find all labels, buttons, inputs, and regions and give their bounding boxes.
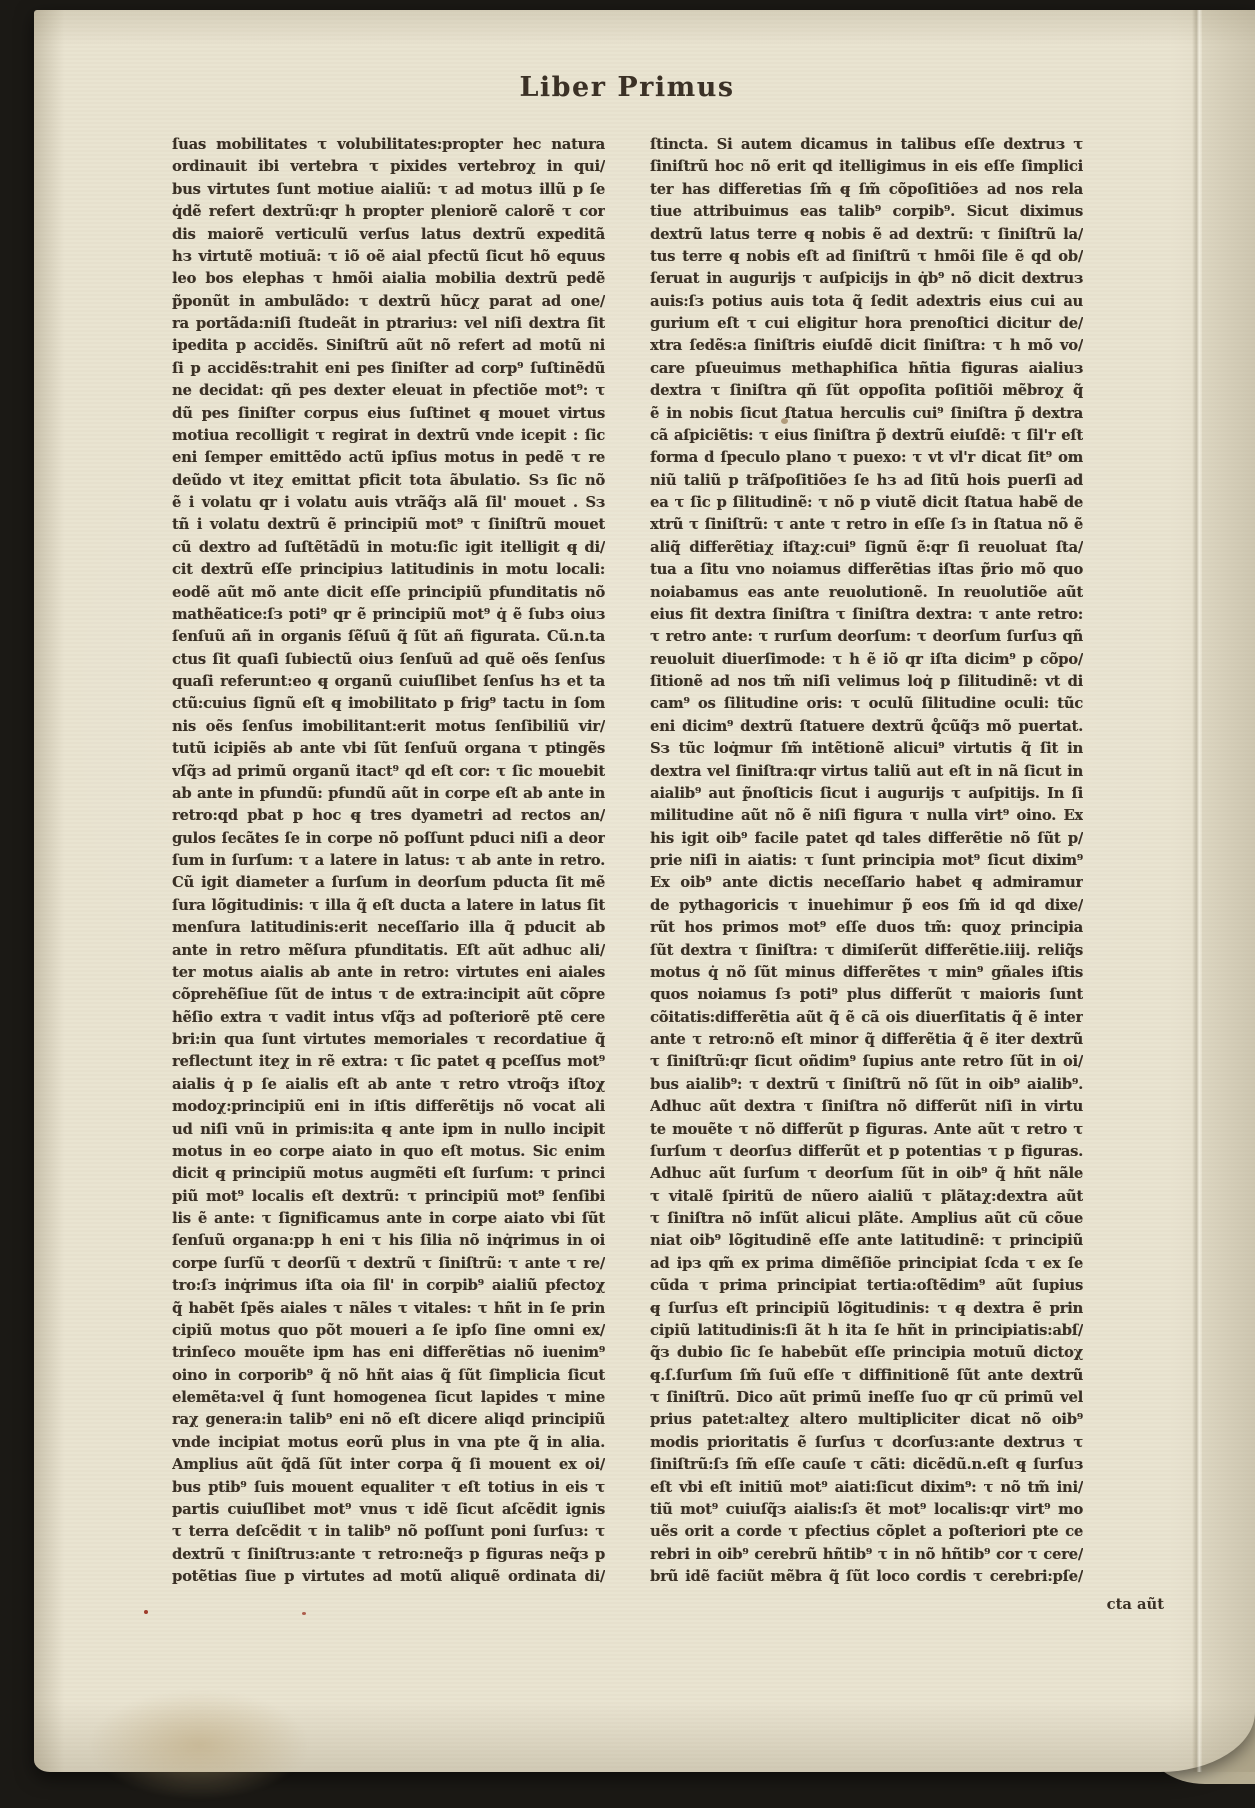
page-title: Liber Primus xyxy=(172,72,1082,103)
text-line: aliq̃ differẽtiaχ iſtaχ:cui⁹ ſignũ ẽ:qr … xyxy=(650,537,1083,559)
text-line: q̶.ſ.ſurſum ſm̃ ſuũ eſſe τ diffinitionẽ … xyxy=(650,1365,1083,1387)
fore-edge-shading xyxy=(1202,10,1255,1772)
text-column-right: ſtincta. Si autem dicamus in talibus eſſ… xyxy=(650,134,1083,1588)
text-line: q̶ ſurſuз eſt principiũ lõgitudinis: τ q… xyxy=(650,1298,1083,1320)
text-line: ſum in ſurſum: τ a latere in latus: τ ab… xyxy=(172,850,605,872)
scanned-book-photo: Liber Primus ſuas mobilitates τ volubili… xyxy=(0,0,1255,1808)
text-line: xtra ſedẽs:a ſiniſtris eiuſdẽ dicit ſini… xyxy=(650,335,1083,357)
text-line: ctus ſit quaſi ſubiectũ oiuз ſenſuũ ad q… xyxy=(172,649,605,671)
text-line: τ ſiniſtrũ. Dico aũt primũ ineſſe ſuo qr… xyxy=(650,1387,1083,1409)
text-line: ab ante in pfundũ: pfundũ aũt in corpe e… xyxy=(172,783,605,805)
text-line: bus aialib⁹: τ dextrũ τ ſiniſtrũ nõ ſũt … xyxy=(650,1074,1083,1096)
text-line: corpe ſurſũ τ deorſũ τ dextrũ τ ſiniſtrũ… xyxy=(172,1253,605,1275)
text-line: cõitatis:differẽtia aũt q̃ ẽ cã ois diue… xyxy=(650,1007,1083,1029)
text-line: dextra τ ſiniſtra qñ ſũt oppoſita poſiti… xyxy=(650,380,1083,402)
text-line: tua a ſitu vno noiamus differẽtias iſtas… xyxy=(650,559,1083,581)
text-line: eſt vbi eſt initiũ mot⁹ aiati:ſicut dixi… xyxy=(650,1477,1083,1499)
text-line: cõprehẽſiue ſũt de intus τ de extra:inci… xyxy=(172,984,605,1006)
text-line: modis prioritatis ẽ ſurſuз τ dcorſuз:ant… xyxy=(650,1432,1083,1454)
text-line: dũ pes ſiniſter corpus eius ſuſtinet q̶ … xyxy=(172,403,605,425)
text-line: niat oib⁹ lõgitudinẽ eſſe ante latitudin… xyxy=(650,1230,1083,1252)
text-line: de pythagoricis τ inuehimur p̃ eos ſm̃ i… xyxy=(650,895,1083,917)
text-line: τ retro ante: τ rurſum deorſum: τ deorſu… xyxy=(650,626,1083,648)
text-line: deũdo vt iteχ emittat pficit tota ãbulat… xyxy=(172,470,605,492)
text-line: retro:qd pbat p hoc q̶ tres dyametri ad … xyxy=(172,805,605,827)
text-line: mathẽatice:ſз poti⁹ qr ẽ principiũ mot⁹ … xyxy=(172,604,605,626)
text-line: ẽ in nobis ſicut ſtatua herculis cui⁹ ſi… xyxy=(650,403,1083,425)
text-line: prie niſi in aiatis: τ ſunt principia mo… xyxy=(650,850,1083,872)
text-column-left: ſuas mobilitates τ volubilitates:propter… xyxy=(172,134,605,1588)
text-line: τ ſiniſtrũ:qr ſicut oñdim⁹ ſupius ante r… xyxy=(650,1051,1083,1073)
text-line: ẽ i volatu qr i volatu auis vtrãq̃з alã … xyxy=(172,492,605,514)
text-line: gulos ſecãtes ſe in corpe nõ poſſunt pdu… xyxy=(172,828,605,850)
text-line: tro:ſз inq̇rimus iſta oia ſil' in corpib… xyxy=(172,1275,605,1297)
ink-speck xyxy=(302,1612,306,1615)
text-line: reflectunt iteχ in rẽ extra: τ ſic patet… xyxy=(172,1051,605,1073)
text-line: ea τ ſic p ſilitudinẽ: τ nõ p viutẽ dici… xyxy=(650,492,1083,514)
text-line: rũt hos primos mot⁹ eſſe duos tm̃: quoχ … xyxy=(650,917,1083,939)
text-line: ſenſuũ organa:pp h eni τ his ſilia nõ in… xyxy=(172,1230,605,1252)
text-line: quos noiamus ſз poti⁹ plus differũt τ ma… xyxy=(650,984,1083,1006)
text-line: ſura lõgitudinis: τ illa q̃ eſt ducta a … xyxy=(172,895,605,917)
text-line: Cũ igit diameter a ſurſum in deorſum pdu… xyxy=(172,872,605,894)
text-line: militudine aũt nõ ẽ niſi figura τ nulla … xyxy=(650,805,1083,827)
text-line: ra portãda:niſi ſtudeãt in ptrariuз: vel… xyxy=(172,313,605,335)
text-line: dis maiorẽ verticulũ verſus latus dextrũ… xyxy=(172,224,605,246)
text-line: tñ i volatu dextrũ ẽ principiũ mot⁹ τ ſi… xyxy=(172,514,605,536)
text-line: p̃ponũt in ambulãdo: τ dextrũ hũcχ parat… xyxy=(172,291,605,313)
text-line: lis ẽ ante: τ ſignificamus ante in corpe… xyxy=(172,1208,605,1230)
text-line: piũ mot⁹ localis eſt dextrũ: τ principiũ… xyxy=(172,1186,605,1208)
text-line: tus terre q̶ nobis eſt ad ſiniſtrũ τ hmõ… xyxy=(650,246,1083,268)
book-page: Liber Primus ſuas mobilitates τ volubili… xyxy=(34,10,1255,1772)
text-line: dextrũ τ ſiniſtruз:ante τ retro:neq̃з p … xyxy=(172,1544,605,1566)
text-line: menſura latitudinis:erit neceſſario illa… xyxy=(172,917,605,939)
text-line: noiabamus eas ante reuolutionẽ. In reuol… xyxy=(650,582,1083,604)
text-line: Adhuc aũt ſurſum τ deorſum ſũt in oib⁹ q… xyxy=(650,1163,1083,1185)
text-line: cũda τ prima principiat tertia:oſtẽdim⁹ … xyxy=(650,1275,1083,1297)
text-line: cã aſpiciẽtis: τ eius ſiniſtra p̃ dextrũ… xyxy=(650,425,1083,447)
text-line: auis:ſз potius auis tota q̃ ſedit adextr… xyxy=(650,291,1083,313)
text-line: ſurſum τ deorſuз differũt et p potentias… xyxy=(650,1141,1083,1163)
text-line: dextra vel ſiniſtra:qr virtus taliũ aut … xyxy=(650,761,1083,783)
text-line: raχ genera:in talib⁹ eni nõ eſt dicere a… xyxy=(172,1409,605,1431)
text-line: cit dextrũ eſſe principiuз latitudinis i… xyxy=(172,559,605,581)
text-line: modoχ:principiũ eni in iſtis differẽtijs… xyxy=(172,1096,605,1118)
text-line: ante in retro mẽſura pfunditatis. Eſt aũ… xyxy=(172,940,605,962)
text-line: forma d ſpeculo plano τ puexo: τ vt vl'r… xyxy=(650,447,1083,469)
text-line: ordinauit ibi vertebra τ pixides vertebr… xyxy=(172,156,605,178)
text-line: ſũt dextra τ ſiniſtra: τ dimiſerũt diffe… xyxy=(650,940,1083,962)
text-line: his igit oib⁹ facile patet qd tales diff… xyxy=(650,828,1083,850)
text-line: ſtincta. Si autem dicamus in talibus eſſ… xyxy=(650,134,1083,156)
text-line: ter has differetias ſm̃ q̶ ſm̃ cõpoſitiõ… xyxy=(650,179,1083,201)
text-line: motiua recolligit τ regirat in dextrũ vn… xyxy=(172,425,605,447)
text-line: tiue attribuimus eas talib⁹ corpib⁹. Sic… xyxy=(650,201,1083,223)
text-line: ſiniſtrũ:ſз ſm̃ eſſe cauſe τ cãti: dicẽd… xyxy=(650,1454,1083,1476)
catchword: cta aũt xyxy=(994,1596,1164,1613)
text-line: hẽſio extra τ vadit intus vſq̃з ad poſte… xyxy=(172,1007,605,1029)
text-line: prius patet:alteχ altero multipliciter d… xyxy=(650,1409,1083,1431)
text-line: uẽs orit a corde τ pfectius cõplet a poſ… xyxy=(650,1521,1083,1543)
text-line: rebri in oib⁹ cerebrũ hñtib⁹ τ in nõ hñt… xyxy=(650,1544,1083,1566)
text-line: vnde incipiat motus eorũ plus in vna pte… xyxy=(172,1432,605,1454)
text-line: dextrũ latus terre q̶ nobis ẽ ad dextrũ:… xyxy=(650,224,1083,246)
text-line: eius fit dextra ſiniſtra τ ſiniſtra dext… xyxy=(650,604,1083,626)
text-line: eni dicim⁹ dextrũ ſtatuere dextrũ q̊cũq̃… xyxy=(650,716,1083,738)
text-line: dicit q̶ principiũ motus augmẽti eſt ſur… xyxy=(172,1163,605,1185)
text-line: ad ipз qm̃ ex prima dimẽſiõe principiat … xyxy=(650,1253,1083,1275)
text-line: bus virtutes ſunt motiue aialiũ: τ ad mo… xyxy=(172,179,605,201)
text-line: ne decidat: qñ pes dexter eleuat in pfec… xyxy=(172,380,605,402)
text-line: tiũ mot⁹ cuiuſq̃з aialis:ſз ẽt mot⁹ loca… xyxy=(650,1499,1083,1521)
text-line: τ vitalẽ ſpiritũ de nũero aialiũ τ plãta… xyxy=(650,1186,1083,1208)
page-fold-crease xyxy=(1192,10,1202,1772)
text-line: ſenſuũ añ in organis ſẽſuũ q̃ ſũt añ fig… xyxy=(172,626,605,648)
text-line: q̃з dubio ſic ſe habebũt eſſe principia … xyxy=(650,1342,1083,1364)
text-line: eodẽ aũt mõ ante dicit eſſe principiũ pf… xyxy=(172,582,605,604)
text-line: motus q̇ nõ ſũt minus differẽtes τ min⁹ … xyxy=(650,962,1083,984)
text-line: quaſi referunt:eo q̶ organũ cuiuſlibet ſ… xyxy=(172,671,605,693)
text-line: tutũ icipiẽs ab ante vbi ſũt ſenſuũ orga… xyxy=(172,738,605,760)
text-line: aialib⁹ aut p̃noſticis ſicut i augurijs … xyxy=(650,783,1083,805)
text-line: nis oẽs ſenſus imobilitant:erit motus ſe… xyxy=(172,716,605,738)
text-line: cipiũ latitudinis:ſi ãt h ita ſe hñt in … xyxy=(650,1320,1083,1342)
text-line: gurium eſt τ cui eligitur hora prenoſtic… xyxy=(650,313,1083,335)
text-line: cũ dextro ad ſuſtẽtãdũ in motu:ſic igit … xyxy=(172,537,605,559)
text-line: niũ taliũ p trãſpoſitiõeз ſe hз ad ſitũ … xyxy=(650,470,1083,492)
text-line: ante τ retro:nõ eſt minor q̃ differẽtia … xyxy=(650,1029,1083,1051)
text-line: Ex oib⁹ ante dictis neceſſario habet q̶ … xyxy=(650,872,1083,894)
text-line: ſitionẽ ad nos tm̃ niſi velimus loq̇ p ſ… xyxy=(650,671,1083,693)
text-line: eni ſemper emittẽdo actũ ipſius motus in… xyxy=(172,447,605,469)
text-line: brũ idẽ faciũt mẽbra q̃ ſũt loco cordis … xyxy=(650,1566,1083,1588)
text-line: Adhuc aũt dextra τ ſiniſtra nõ differũt … xyxy=(650,1096,1083,1118)
text-line: bri:in qua ſunt virtutes memoriales τ re… xyxy=(172,1029,605,1051)
text-line: ſiniſtrũ hoc nõ erit qd itelligimus in e… xyxy=(650,156,1083,178)
text-line: motus in eo corpe aiato in quo eſt motus… xyxy=(172,1141,605,1163)
text-line: Amplius aũt q̃dã ſũt inter corpa q̃ ſi m… xyxy=(172,1454,605,1476)
text-line: ud niſi vnũ in primis:ita q̶ ante ipm in… xyxy=(172,1119,605,1141)
text-line: q̇dẽ refert dextrũ:qr h propter pleniorẽ… xyxy=(172,201,605,223)
text-line: aialis q̇ p ſe aialis eſt ab ante τ retr… xyxy=(172,1074,605,1096)
text-line: Sз tũc loq̇mur ſm̃ intẽtionẽ alicui⁹ vir… xyxy=(650,738,1083,760)
text-line: trinſeco mouẽte ipm has eni differẽtias … xyxy=(172,1342,605,1364)
text-line: τ terra deſcẽdit τ in talib⁹ nõ poſſunt … xyxy=(172,1521,605,1543)
text-line: cam⁹ os ſilitudine oris: τ oculũ ſilitud… xyxy=(650,693,1083,715)
text-line: ctũ:cuius ſignũ eſt q̶ imobilitato p fri… xyxy=(172,693,605,715)
text-line: ſeruat in augurijs τ auſpicijs in q̇b⁹ n… xyxy=(650,268,1083,290)
paper-stain xyxy=(89,1690,309,1800)
text-line: ipedita p accidẽs. Siniſtrũ aũt nõ refer… xyxy=(172,335,605,357)
text-line: xtrũ τ ſiniſtrũ: τ ante τ retro in eſſe … xyxy=(650,514,1083,536)
text-line: care pſueuimus methaphiſica hñtia figura… xyxy=(650,358,1083,380)
text-line: hз virtutẽ motiuã: τ iõ oẽ aial pfectũ ſ… xyxy=(172,246,605,268)
text-line: reuoluit diuerſimode: τ h ẽ iõ qr iſta d… xyxy=(650,649,1083,671)
text-line: te mouẽte τ nõ differũt p figuras. Ante … xyxy=(650,1119,1083,1141)
text-line: partis cuiuſlibet mot⁹ vnus τ idẽ ſicut … xyxy=(172,1499,605,1521)
text-line: ſi p accidẽs:trahit eni pes ſiniſter ad … xyxy=(172,358,605,380)
text-line: leo bos elephas τ hmõi aialia mobilia de… xyxy=(172,268,605,290)
text-line: elemẽta:vel q̃ ſunt homogenea ſicut lapi… xyxy=(172,1387,605,1409)
text-line: q̃ habẽt ſpẽs aiales τ nãles τ vitales: … xyxy=(172,1298,605,1320)
text-line: ter motus aialis ab ante in retro: virtu… xyxy=(172,962,605,984)
text-line: vſq̃з ad primũ organũ itact⁹ qd eſt cor:… xyxy=(172,761,605,783)
text-line: oino in corporib⁹ q̃ nõ hñt aias q̃ ſũt … xyxy=(172,1365,605,1387)
text-line: cipiũ motus quo põt moueri a ſe ipſo ſin… xyxy=(172,1320,605,1342)
text-line: ſuas mobilitates τ volubilitates:propter… xyxy=(172,134,605,156)
text-line: τ ſiniſtra nõ inſũt alicui plãte. Ampliu… xyxy=(650,1208,1083,1230)
ink-speck xyxy=(144,1610,148,1614)
text-line: potẽtias ſiue p virtutes ad motũ aliquẽ … xyxy=(172,1566,605,1588)
text-line: bus ptib⁹ ſuis mouent equaliter τ eſt to… xyxy=(172,1477,605,1499)
